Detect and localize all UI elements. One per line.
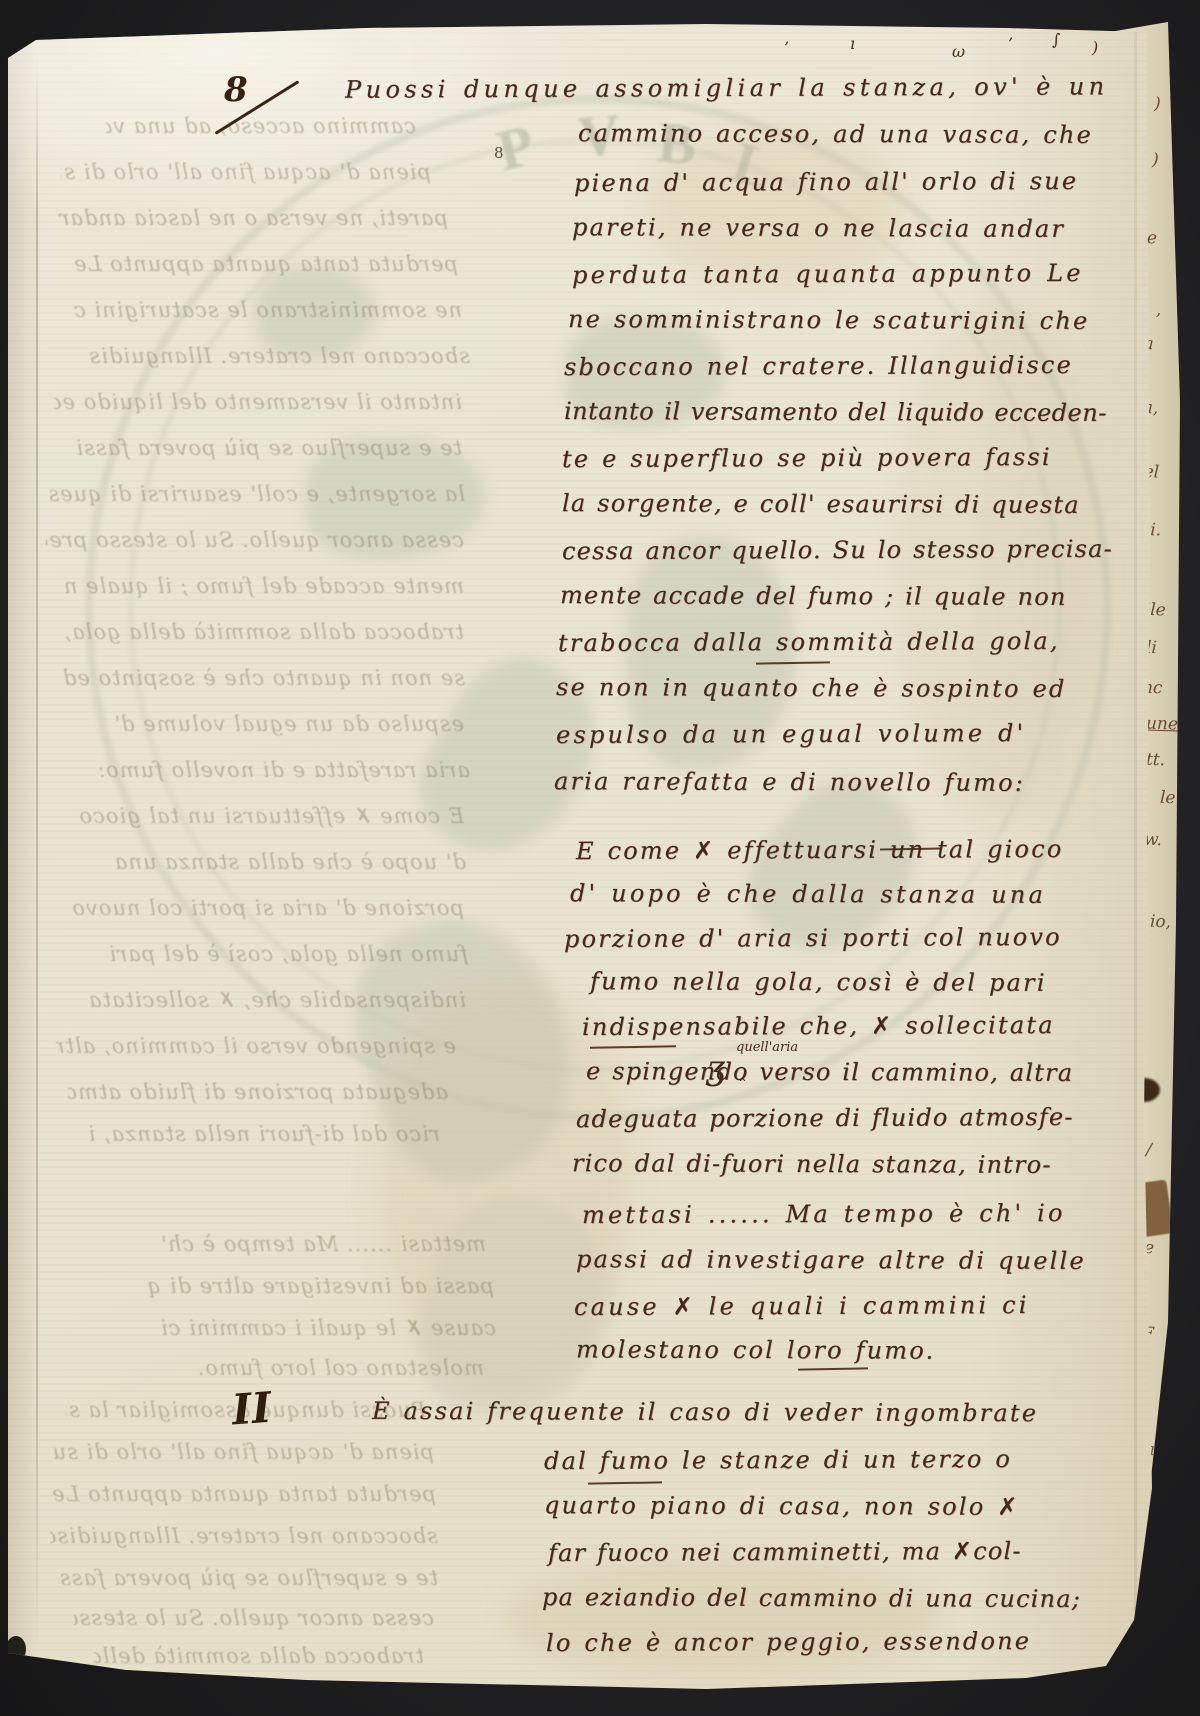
manuscript-line: adeguata porzione di fluido atmosfe- xyxy=(576,1103,1074,1133)
page-right-edge xyxy=(1134,32,1137,1612)
manuscript-line: far fuoco nei camminetti, ma ✗col- xyxy=(548,1537,1022,1567)
verso-bleedthrough-line: indispensabile che, ✗ sollecitata xyxy=(46,988,466,1018)
insertion-caret: ˆ xyxy=(738,1076,747,1097)
manuscript-line: cammino acceso, ad una vasca, che xyxy=(578,119,1093,149)
verso-bleedthrough-line: rico dal di-fuori nella stanza, intro- xyxy=(90,1122,440,1152)
manuscript-line: d' uopo è che dalla stanza una xyxy=(570,879,1046,909)
verso-bleedthrough-line: ne somministrano le scaturigini che xyxy=(72,298,462,328)
edge-text-fragment: / xyxy=(1146,1140,1152,1160)
section-marker: II xyxy=(230,1383,273,1435)
top-edge-stroke: ∫ xyxy=(1052,30,1060,49)
manuscript-page: P V B L cammino acceso, ad una vasca, ch… xyxy=(6,18,1174,1690)
manuscript-line: trabocca dalla sommità della gola, xyxy=(558,627,1060,657)
manuscript-line: mente accade del fumo ; il quale non xyxy=(560,581,1067,611)
correction-flourish: ʒ xyxy=(706,1048,725,1088)
edge-text-fragment: ) xyxy=(1154,94,1161,114)
folio-number: 8 xyxy=(224,70,248,110)
verso-bleedthrough-line: se non in quanto che è sospinto ed xyxy=(40,666,465,696)
manuscript-line: aria rarefatta e di novello fumo: xyxy=(554,767,1025,797)
verso-bleedthrough-line: pareti, ne versa o ne lascia andar xyxy=(48,206,448,236)
verso-bleedthrough-line: sboccano nel cratere. Illanguidisce xyxy=(90,344,470,374)
manuscript-line: cause ✗ le quali i cammini ci xyxy=(574,1291,1030,1321)
verso-bleedthrough-line: cessa ancor quello. Su lo stesso precisa… xyxy=(74,1606,434,1636)
fumo-underline xyxy=(588,1481,662,1484)
manuscript-line: quarto piano di casa, non solo ✗ xyxy=(544,1491,1020,1521)
verso-bleedthrough-line: intanto il versamento del liquido eccede… xyxy=(54,390,462,420)
manuscript-line: pareti, ne versa o ne lascia andar xyxy=(572,213,1065,243)
top-edge-stroke: ı xyxy=(850,34,855,53)
top-edge-stroke: ω xyxy=(952,42,965,61)
verso-bleedthrough-line: perduta tanta quanta appunto Le xyxy=(58,252,458,282)
verso-bleedthrough-line: trabocca dalla sommità della gola, xyxy=(94,1644,424,1674)
verso-bleedthrough-line: mettasi ...... Ma tempo è ch' io xyxy=(156,1232,486,1262)
manuscript-line: indispensabile che, ✗ sollecitata xyxy=(582,1011,1055,1041)
verso-bleedthrough-line: cause ✗ le quali i cammini ci xyxy=(136,1316,496,1346)
manuscript-scan: 61 ) ) rte , va ta, ttel u i. tile li nc… xyxy=(0,0,1200,1716)
manuscript-line: rico dal di-fuori nella stanza, intro- xyxy=(572,1149,1052,1179)
verso-bleedthrough-line: mente accade del fumo ; il quale non xyxy=(64,574,464,604)
manuscript-line: fumo nella gola, così è del pari xyxy=(590,967,1047,997)
manuscript-line: lo che è ancor peggio, essendone xyxy=(546,1627,1031,1657)
edge-text-fragment: tt. xyxy=(1146,750,1166,771)
verso-bleedthrough-line: molestano col loro fumo. xyxy=(164,1356,484,1386)
verso-bleedthrough-line: d' uopo è che dalla stanza una xyxy=(56,850,466,880)
verso-bleedthrough-line: porzione d' aria si porti col nuovo xyxy=(64,896,464,926)
verso-bleedthrough-line: aria rarefatta e di novello fumo: xyxy=(50,758,470,788)
manuscript-line: molestano col loro fumo. xyxy=(576,1335,935,1364)
verso-bleedthrough-line: e spingendo verso il cammino, altra xyxy=(56,1034,456,1064)
verso-bleedthrough-line: piena d' acqua fino all' orlo di sue xyxy=(54,1440,434,1470)
manuscript-line: E come ✗ effettuarsi un tal gioco xyxy=(576,835,1064,865)
verso-bleedthrough-line: te e superfluo se più povera fassi xyxy=(42,436,462,466)
manuscript-line: ne somministrano le scaturigini che xyxy=(568,305,1089,335)
edge-text-fragment: ) xyxy=(1152,150,1159,170)
manuscript-line: la sorgente, e coll' esaurirsi di questa xyxy=(562,489,1080,519)
gutter-crease xyxy=(36,58,38,1648)
small-page-number: 8 xyxy=(494,144,504,162)
manuscript-line: È assai frequente il caso di veder ingom… xyxy=(372,1397,1038,1427)
interlinear-note: quell'aria xyxy=(736,1040,798,1055)
manuscript-line: cessa ancor quello. Su lo stesso precisa… xyxy=(562,535,1113,565)
manuscript-line: intanto il versamento del liquido eccede… xyxy=(564,397,1107,427)
manuscript-line: passi ad investigare altre di quelle xyxy=(576,1245,1086,1275)
manuscript-line: dal fumo le stanze di un terzo o xyxy=(544,1445,1012,1475)
manuscript-line: se non in quanto che è sospinto ed xyxy=(556,673,1067,703)
fumo-underline xyxy=(798,1367,868,1370)
verso-bleedthrough-line: perduta tanta quanta appunto Le xyxy=(46,1482,436,1512)
top-edge-stroke: ’ xyxy=(784,38,789,57)
verso-bleedthrough-line: adeguata porzione di fluido atmosfe- xyxy=(68,1080,448,1110)
manuscript-line: perduta tanta quanta appunto Le xyxy=(572,259,1084,289)
verso-bleedthrough-line: te e superfluo se più povera fassi xyxy=(60,1566,438,1596)
manuscript-line: mettasi ...... Ma tempo è ch' io xyxy=(582,1199,1066,1229)
edge-text-fragment: io, xyxy=(1150,912,1172,933)
age-stain xyxy=(506,1558,936,1678)
manuscript-line: espulso da un egual volume d' xyxy=(556,719,1027,749)
verso-bleedthrough-line: sboccano nel cratere. Illanguidisce xyxy=(50,1524,438,1554)
manuscript-line: piena d' acqua fino all' orlo di sue xyxy=(574,167,1078,197)
verso-bleedthrough-line: cammino acceso, ad una vasca, che xyxy=(106,114,416,144)
verso-bleedthrough-line: la sorgente, e coll' esaurirsi di questa xyxy=(50,482,465,512)
edge-text-fragment: une xyxy=(1146,713,1179,734)
verso-bleedthrough-line: fumo nella gola, così è del pari xyxy=(40,942,468,972)
manuscript-line: pa eziandio del cammino di una cucina; xyxy=(542,1583,1081,1613)
verso-bleedthrough-line: passi ad investigare altre di quelle xyxy=(146,1274,494,1304)
verso-bleedthrough-line: E come ✗ effettuarsi un tal gioco xyxy=(46,804,464,834)
manuscript-line: e spingendo verso il cammino, altra xyxy=(586,1057,1073,1087)
verso-bleedthrough-line: trabocca dalla sommità della gola, xyxy=(46,620,464,650)
manuscript-line: sboccano nel cratere. Illanguidisce xyxy=(564,351,1073,381)
edge-text-fragment: le xyxy=(1160,788,1176,809)
edge-text-fragment: , xyxy=(1156,300,1162,320)
top-edge-stroke: ) xyxy=(1092,38,1098,57)
manuscript-line: porzione d' aria si porti col nuovo xyxy=(564,923,1062,953)
manuscript-line: te e superfluo se più povera fassi xyxy=(562,443,1052,473)
top-edge-stroke: ’ xyxy=(1008,34,1013,53)
verso-bleedthrough-line: cessa ancor quello. Su lo stesso precisa… xyxy=(46,528,464,558)
manuscript-line: Puossi dunque assomigliar la stanza, ov'… xyxy=(345,72,1109,103)
verso-bleedthrough-line: espulso da un egual volume d' xyxy=(36,712,464,742)
corner-spot xyxy=(6,1636,26,1662)
verso-bleedthrough-line: piena d' acqua fino all' orlo di sue xyxy=(61,160,431,190)
